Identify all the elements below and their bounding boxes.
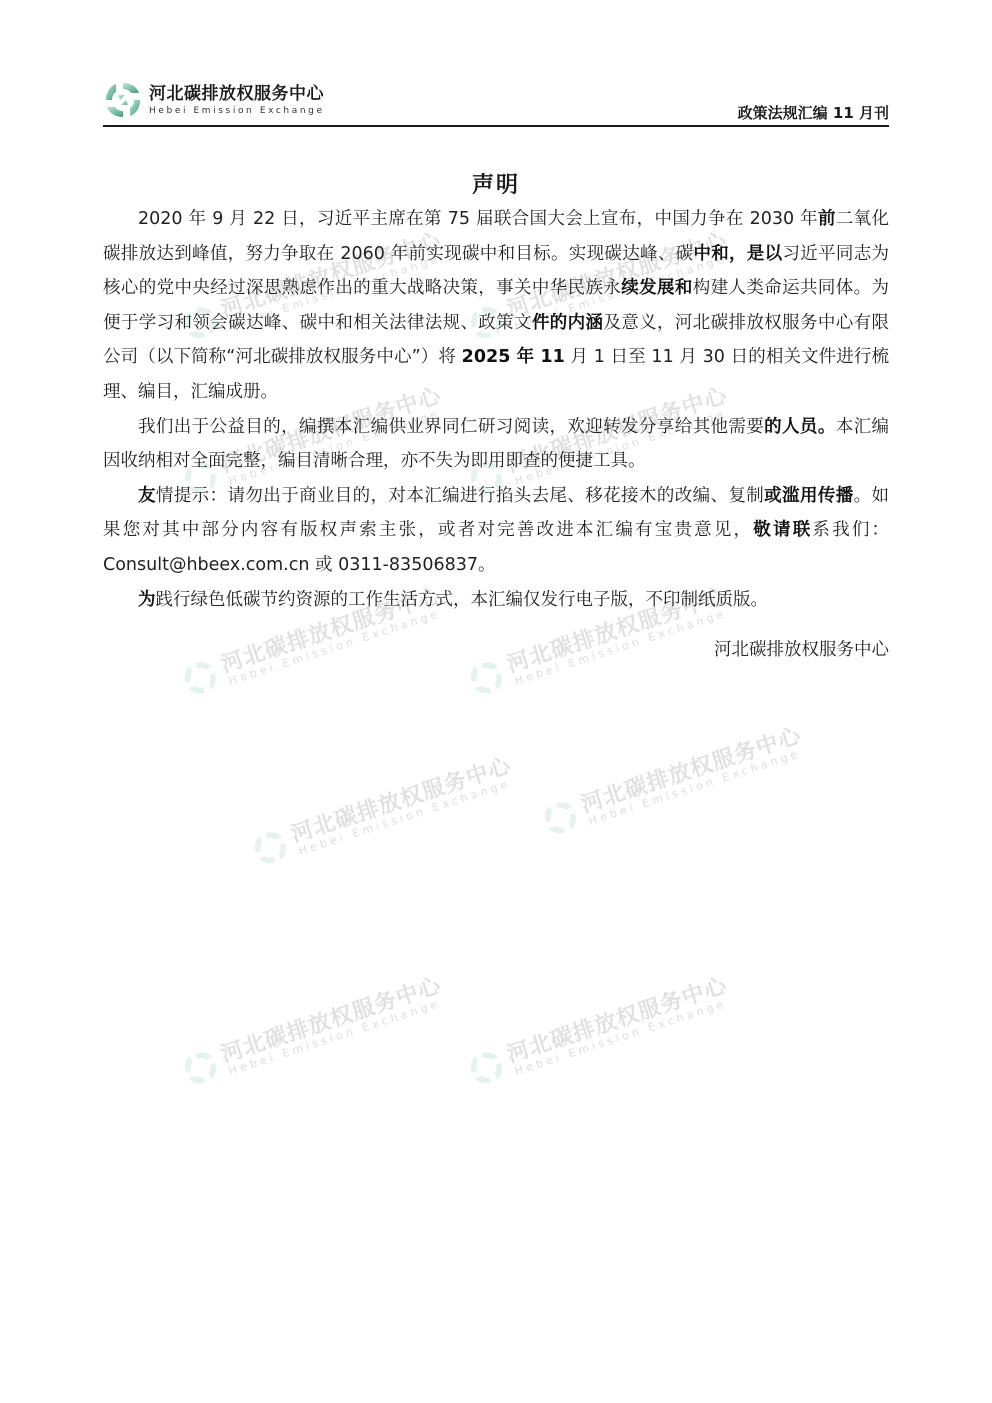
- text-segment: 敬请联: [753, 520, 812, 540]
- signature: 河北碳排放权服务中心: [714, 636, 889, 661]
- header-divider: [103, 125, 889, 127]
- watermark-text-en: Hebei Emission Exchange: [297, 777, 512, 858]
- watermark: 河北碳排放权服务中心 Hebei Emission Exchange: [170, 953, 439, 1100]
- watermark-text-cn: 河北碳排放权服务中心: [286, 748, 514, 849]
- watermark-logo-icon: [538, 795, 583, 840]
- watermark: 河北碳排放权服务中心 Hebei Emission Exchange: [530, 703, 799, 850]
- watermark-logo-icon: [464, 655, 509, 700]
- watermark-logo-icon: [248, 825, 293, 870]
- text-segment: 前: [818, 209, 836, 229]
- paragraph: 友情提示：请勿出于商业目的，对本汇编进行掐头去尾、移花接木的改编、复制或滥用传播…: [103, 479, 889, 583]
- watermark-logo-icon: [178, 655, 223, 700]
- text-segment: 我们出于公益目的，编撰本汇编供业界同仁研习阅读，欢迎转发分享给其他需要: [138, 417, 764, 437]
- watermark-text-en: Hebei Emission Exchange: [587, 747, 802, 828]
- page-title: 声明: [0, 168, 992, 199]
- watermark-text-cn: 河北碳排放权服务中心: [216, 968, 444, 1069]
- text-segment: 件的内涵: [532, 313, 604, 333]
- statement-body: 2020 年 9 月 22 日，习近平主席在第 75 届联合国大会上宣布，中国力…: [103, 202, 889, 617]
- page-header: 河北碳排放权服务中心 Hebei Emission Exchange 政策法规汇…: [103, 78, 889, 128]
- watermark: 河北碳排放权服务中心 Hebei Emission Exchange: [240, 733, 509, 880]
- org-logo: 河北碳排放权服务中心 Hebei Emission Exchange: [103, 80, 325, 120]
- watermark-text-cn: 河北碳排放权服务中心: [502, 968, 730, 1069]
- org-name-en: Hebei Emission Exchange: [149, 105, 325, 117]
- text-segment: 或滥用传播: [764, 486, 853, 506]
- watermark-text-en: Hebei Emission Exchange: [513, 607, 728, 688]
- watermark-logo-icon: [464, 1045, 509, 1090]
- text-segment: 中和，是以: [693, 244, 782, 264]
- text-segment: 友: [138, 486, 156, 506]
- org-name-cn: 河北碳排放权服务中心: [149, 84, 325, 104]
- text-segment: 2020 年 9 月 22 日，习近平主席在第 75 届联合国大会上宣布，中国力…: [138, 209, 818, 229]
- watermark-text-en: Hebei Emission Exchange: [227, 997, 442, 1078]
- watermark-text-en: Hebei Emission Exchange: [227, 607, 442, 688]
- text-segment: 续发展和: [621, 278, 693, 298]
- text-segment: 践行绿色低碳节约资源的工作生活方式，本汇编仅发行电子版，不印制纸质版。: [156, 590, 769, 610]
- watermark-text-en: Hebei Emission Exchange: [513, 997, 728, 1078]
- text-segment: 为: [138, 590, 156, 610]
- paragraph: 2020 年 9 月 22 日，习近平主席在第 75 届联合国大会上宣布，中国力…: [103, 202, 889, 410]
- text-segment: 的人员。: [764, 417, 836, 437]
- watermark: 河北碳排放权服务中心 Hebei Emission Exchange: [456, 953, 725, 1100]
- watermark-logo-icon: [178, 1045, 223, 1090]
- paragraph: 为践行绿色低碳节约资源的工作生活方式，本汇编仅发行电子版，不印制纸质版。: [103, 583, 889, 618]
- text-segment: 情提示：请勿出于商业目的，对本汇编进行掐头去尾、移花接木的改编、复制: [156, 486, 764, 506]
- text-segment: 2025 年 11: [462, 347, 565, 367]
- pinwheel-logo-icon: [103, 80, 143, 120]
- paragraph: 我们出于公益目的，编撰本汇编供业界同仁研习阅读，欢迎转发分享给其他需要的人员。本…: [103, 410, 889, 479]
- watermark-text-cn: 河北碳排放权服务中心: [576, 718, 804, 819]
- publication-title: 政策法规汇编 11 月刊: [738, 102, 889, 123]
